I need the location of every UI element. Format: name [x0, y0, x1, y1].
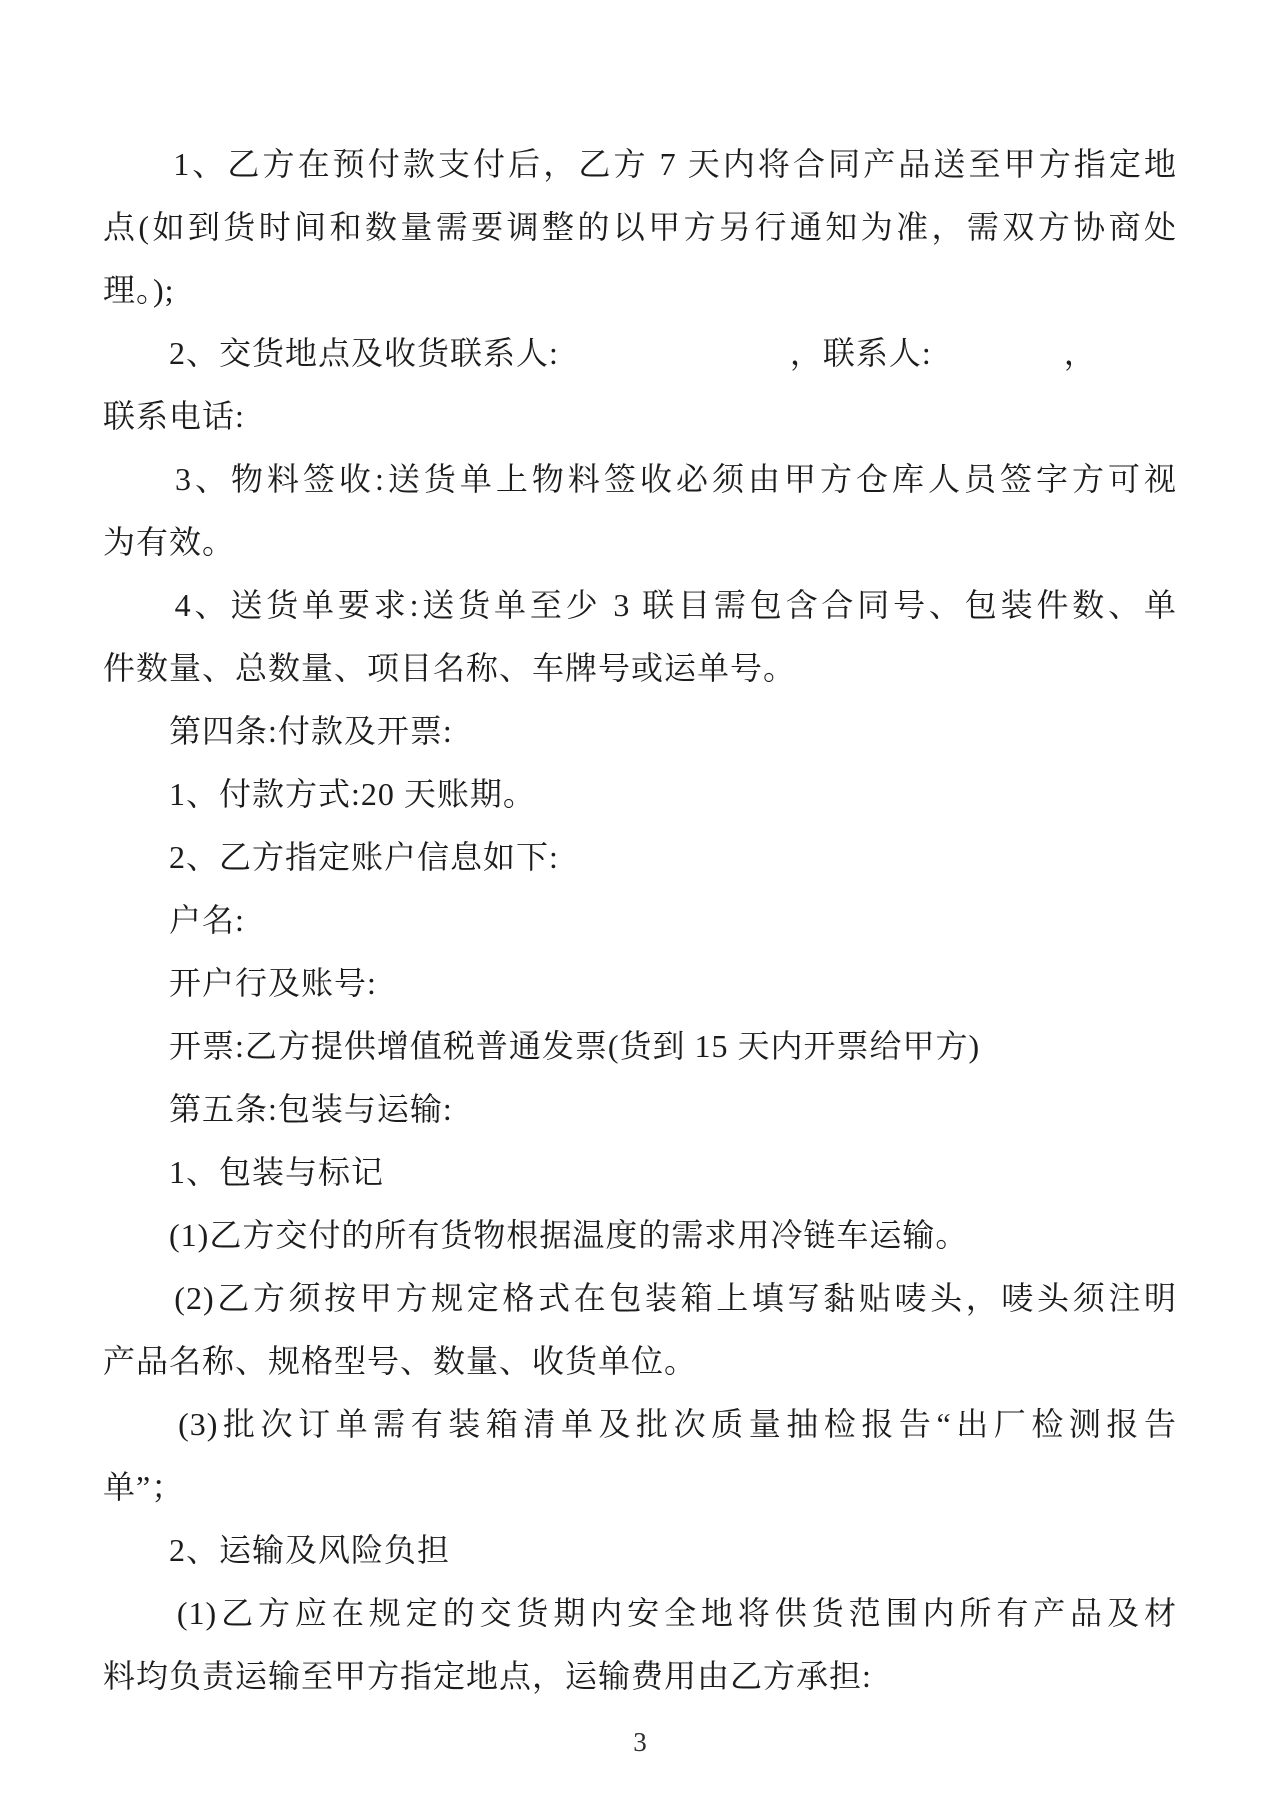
document-line: 单”；	[103, 1456, 1177, 1519]
page-number: 3	[0, 1722, 1280, 1762]
document-line: 2、交货地点及收货联系人: ，联系人: ，	[103, 322, 1177, 385]
document-line: (1)乙方应在规定的交货期内安全地将供货范围内所有产品及材	[103, 1582, 1177, 1645]
document-line: 3、物料签收:送货单上物料签收必须由甲方仓库人员签字方可视	[103, 448, 1177, 511]
document-line: 第四条:付款及开票:	[103, 700, 1177, 763]
document-line: (1)乙方交付的所有货物根据温度的需求用冷链车运输。	[103, 1204, 1177, 1267]
document-line: 1、包装与标记	[103, 1141, 1177, 1204]
document-line: 件数量、总数量、项目名称、车牌号或运单号。	[103, 637, 1177, 700]
document-body: 1、乙方在预付款支付后，乙方 7 天内将合同产品送至甲方指定地点(如到货时间和数…	[103, 133, 1177, 1708]
document-line: 2、乙方指定账户信息如下:	[103, 826, 1177, 889]
document-line: 1、付款方式:20 天账期。	[103, 763, 1177, 826]
document-line: 料均负责运输至甲方指定地点，运输费用由乙方承担:	[103, 1645, 1177, 1708]
document-line: (3)批次订单需有装箱清单及批次质量抽检报告“出厂检测报告	[103, 1393, 1177, 1456]
document-line: 4、送货单要求:送货单至少 3 联目需包含合同号、包装件数、单	[103, 574, 1177, 637]
document-line: 点(如到货时间和数量需要调整的以甲方另行通知为准，需双方协商处	[103, 196, 1177, 259]
document-line: 开户行及账号:	[103, 952, 1177, 1015]
document-line: 为有效。	[103, 511, 1177, 574]
document-page: 1、乙方在预付款支付后，乙方 7 天内将合同产品送至甲方指定地点(如到货时间和数…	[0, 0, 1280, 1810]
document-line: 开票:乙方提供增值税普通发票(货到 15 天内开票给甲方)	[103, 1015, 1177, 1078]
document-line: 产品名称、规格型号、数量、收货单位。	[103, 1330, 1177, 1393]
document-line: 理。);	[103, 259, 1177, 322]
document-line: (2)乙方须按甲方规定格式在包装箱上填写黏贴唛头，唛头须注明	[103, 1267, 1177, 1330]
document-line: 1、乙方在预付款支付后，乙方 7 天内将合同产品送至甲方指定地	[103, 133, 1177, 196]
document-line: 2、运输及风险负担	[103, 1519, 1177, 1582]
document-line: 户名:	[103, 889, 1177, 952]
document-line: 联系电话:	[103, 385, 1177, 448]
document-line: 第五条:包装与运输:	[103, 1078, 1177, 1141]
